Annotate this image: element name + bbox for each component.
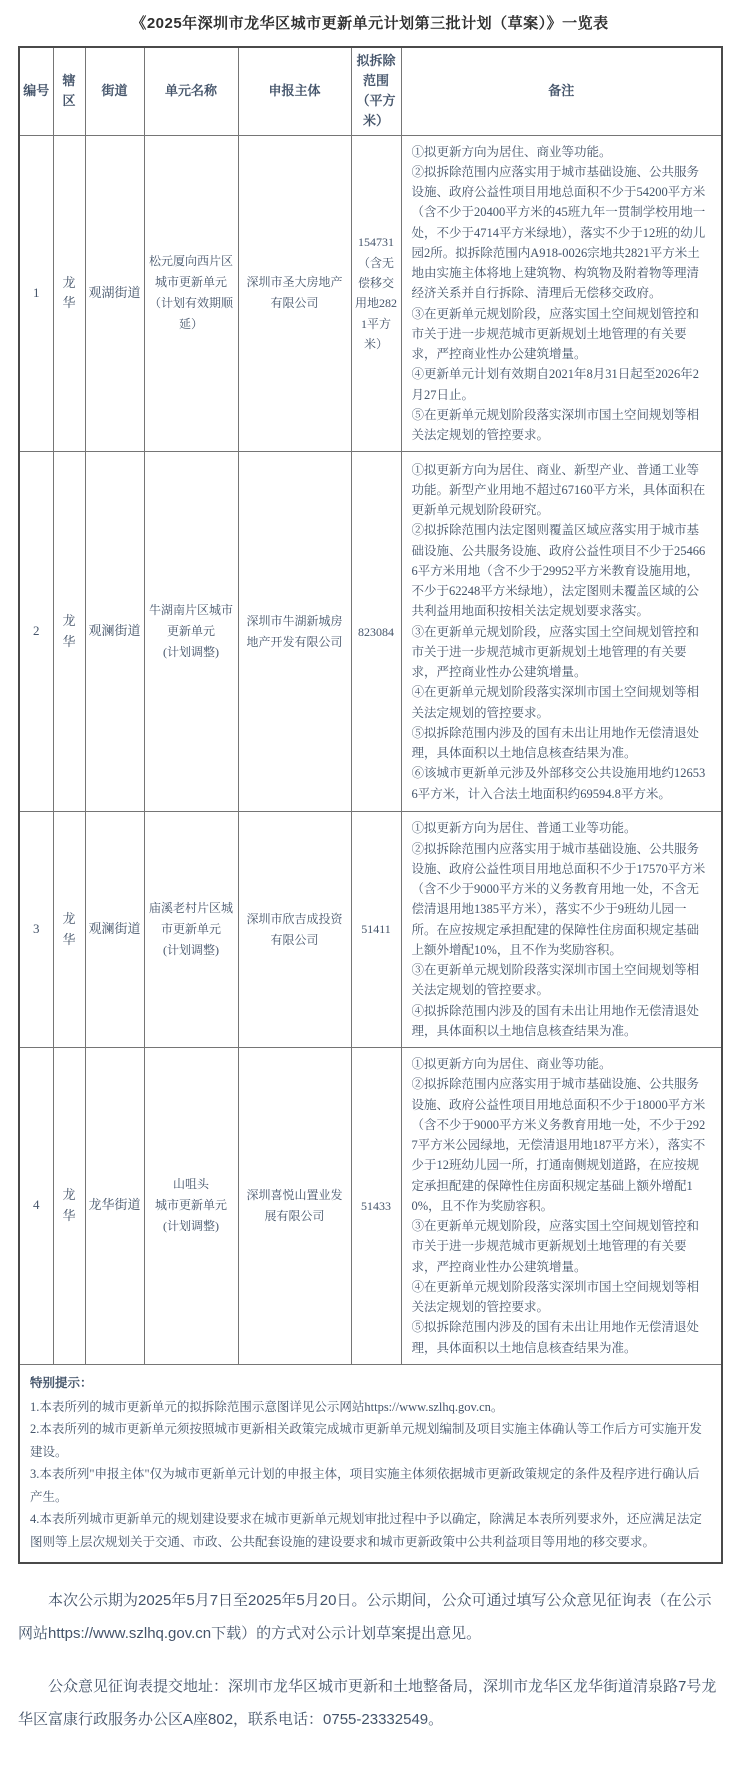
header-district: 辖区: [53, 47, 85, 135]
header-applicant: 申报主体: [238, 47, 351, 135]
table-row: 3 龙华 观澜街道 庙溪老村片区城市更新单元 (计划调整) 深圳市欣吉成投资有限…: [19, 812, 722, 1048]
remark-item: ②拟拆除范围内法定图则覆盖区域应落实用于城市基础设施、公共服务设施、政府公益性项…: [412, 520, 712, 621]
special-note-item: 3.本表所列"申报主体"仅为城市更新单元计划的申报主体，项目实施主体须依据城市更…: [30, 1463, 711, 1508]
remark-item: ⑤在更新单元规划阶段落实深圳市国土空间规划等相关法定规划的管控要求。: [412, 405, 712, 446]
remark-item: ②拟拆除范围内应落实用于城市基础设施、公共服务设施、政府公益性项目用地总面积不少…: [412, 162, 712, 304]
remark-item: ②拟拆除范围内应落实用于城市基础设施、公共服务设施、政府公益性项目用地总面积不少…: [412, 1074, 712, 1216]
cell-applicant: 深圳市圣大房地产有限公司: [238, 135, 351, 452]
remark-item: ③在更新单元规划阶段落实深圳市国土空间规划等相关法定规划的管控要求。: [412, 960, 712, 1001]
cell-street: 龙华街道: [85, 1048, 144, 1365]
table-row: 2 龙华 观澜街道 牛湖南片区城市 更新单元 (计划调整) 深圳市牛湖新城房地产…: [19, 452, 722, 812]
cell-street: 观澜街道: [85, 812, 144, 1048]
header-remarks: 备注: [401, 47, 722, 135]
cell-unit-name: 山咀头 城市更新单元 (计划调整): [144, 1048, 238, 1365]
cell-street: 观澜街道: [85, 452, 144, 812]
special-note-item: 4.本表所列城市更新单元的规划建设要求在城市更新单元规划审批过程中予以确定，除满…: [30, 1508, 711, 1553]
remark-item: ④拟拆除范围内涉及的国有未出让用地作无偿清退处理，具体面积以土地信息核查结果为准…: [412, 1001, 712, 1042]
public-notice-period-paragraph: 本次公示期为2025年5月7日至2025年5月20日。公示期间，公众可通过填写公…: [18, 1584, 721, 1650]
table-row: 4 龙华 龙华街道 山咀头 城市更新单元 (计划调整) 深圳喜悦山置业发展有限公…: [19, 1048, 722, 1365]
cell-unit-name: 庙溪老村片区城市更新单元 (计划调整): [144, 812, 238, 1048]
cell-applicant: 深圳市牛湖新城房地产开发有限公司: [238, 452, 351, 812]
cell-unit-name: 牛湖南片区城市 更新单元 (计划调整): [144, 452, 238, 812]
remark-item: ①拟更新方向为居住、商业等功能。: [412, 1054, 712, 1074]
remark-item: ③在更新单元规划阶段，应落实国土空间规划管控和市关于进一步规范城市更新规划土地管…: [412, 1216, 712, 1277]
cell-demolition-area: 154731（含无偿移交用地2821平方米）: [351, 135, 401, 452]
cell-demolition-area: 51411: [351, 812, 401, 1048]
cell-remarks: ①拟更新方向为居住、商业等功能。 ②拟拆除范围内应落实用于城市基础设施、公共服务…: [401, 135, 722, 452]
remark-item: ①拟更新方向为居住、普通工业等功能。: [412, 818, 712, 838]
cell-no: 2: [19, 452, 53, 812]
document-page: 《2025年深圳市龙华区城市更新单元计划第三批计划（草案）》一览表 编号 辖区 …: [0, 0, 740, 1776]
remark-item: ④在更新单元规划阶段落实深圳市国土空间规划等相关法定规划的管控要求。: [412, 1277, 712, 1318]
remark-item: ②拟拆除范围内应落实用于城市基础设施、公共服务设施、政府公益性项目用地总面积不少…: [412, 839, 712, 961]
cell-district: 龙华: [53, 1048, 85, 1365]
header-street: 街道: [85, 47, 144, 135]
remark-item: ③在更新单元规划阶段，应落实国土空间规划管控和市关于进一步规范城市更新规划土地管…: [412, 622, 712, 683]
special-note-item: 1.本表所列的城市更新单元的拟拆除范围示意图详见公示网站https://www.…: [30, 1396, 711, 1419]
page-title: 《2025年深圳市龙华区城市更新单元计划第三批计划（草案）》一览表: [18, 12, 722, 33]
cell-street: 观湖街道: [85, 135, 144, 452]
cell-no: 3: [19, 812, 53, 1048]
cell-district: 龙华: [53, 812, 85, 1048]
remark-item: ④更新单元计划有效期自2021年8月31日起至2026年2月27日止。: [412, 364, 712, 405]
cell-district: 龙华: [53, 452, 85, 812]
cell-no: 1: [19, 135, 53, 452]
remark-item: ③在更新单元规划阶段，应落实国土空间规划管控和市关于进一步规范城市更新规划土地管…: [412, 304, 712, 365]
urban-renewal-plan-table: 编号 辖区 街道 单元名称 申报主体 拟拆除范围 （平方米） 备注 1 龙华 观…: [18, 46, 723, 1564]
remark-item: ①拟更新方向为居住、商业、新型产业、普通工业等功能。新型产业用地不超过67160…: [412, 460, 712, 521]
special-notes-title: 特别提示：: [30, 1372, 711, 1396]
cell-demolition-area: 823084: [351, 452, 401, 812]
header-no: 编号: [19, 47, 53, 135]
remark-item: ⑤拟拆除范围内涉及的国有未出让用地作无偿清退处理，具体面积以土地信息核查结果为准…: [412, 1317, 712, 1358]
special-note-item: 2.本表所列的城市更新单元须按照城市更新相关政策完成城市更新单元规划编制及项目实…: [30, 1418, 711, 1463]
special-notes-cell: 特别提示： 1.本表所列的城市更新单元的拟拆除范围示意图详见公示网站https:…: [19, 1364, 722, 1563]
remark-item: ①拟更新方向为居住、商业等功能。: [412, 142, 712, 162]
cell-no: 4: [19, 1048, 53, 1365]
cell-applicant: 深圳市欣吉成投资有限公司: [238, 812, 351, 1048]
cell-applicant: 深圳喜悦山置业发展有限公司: [238, 1048, 351, 1365]
header-unit-name: 单元名称: [144, 47, 238, 135]
cell-demolition-area: 51433: [351, 1048, 401, 1365]
cell-unit-name: 松元厦向西片区城市更新单元（计划有效期顺延）: [144, 135, 238, 452]
remark-item: ⑤拟拆除范围内涉及的国有未出让用地作无偿清退处理，具体面积以土地信息核查结果为准…: [412, 723, 712, 764]
special-notes-row: 特别提示： 1.本表所列的城市更新单元的拟拆除范围示意图详见公示网站https:…: [19, 1364, 722, 1563]
cell-remarks: ①拟更新方向为居住、普通工业等功能。 ②拟拆除范围内应落实用于城市基础设施、公共…: [401, 812, 722, 1048]
table-row: 1 龙华 观湖街道 松元厦向西片区城市更新单元（计划有效期顺延） 深圳市圣大房地…: [19, 135, 722, 452]
remark-item: ④在更新单元规划阶段落实深圳市国土空间规划等相关法定规划的管控要求。: [412, 682, 712, 723]
header-demolition-area: 拟拆除范围 （平方米）: [351, 47, 401, 135]
cell-district: 龙华: [53, 135, 85, 452]
remark-item: ⑥该城市更新单元涉及外部移交公共设施用地约126536平方米，计入合法土地面积约…: [412, 763, 712, 804]
submission-address-paragraph: 公众意见征询表提交地址：深圳市龙华区城市更新和土地整备局，深圳市龙华区龙华街道清…: [18, 1670, 721, 1736]
cell-remarks: ①拟更新方向为居住、商业等功能。 ②拟拆除范围内应落实用于城市基础设施、公共服务…: [401, 1048, 722, 1365]
header-row: 编号 辖区 街道 单元名称 申报主体 拟拆除范围 （平方米） 备注: [19, 47, 722, 135]
cell-remarks: ①拟更新方向为居住、商业、新型产业、普通工业等功能。新型产业用地不超过67160…: [401, 452, 722, 812]
